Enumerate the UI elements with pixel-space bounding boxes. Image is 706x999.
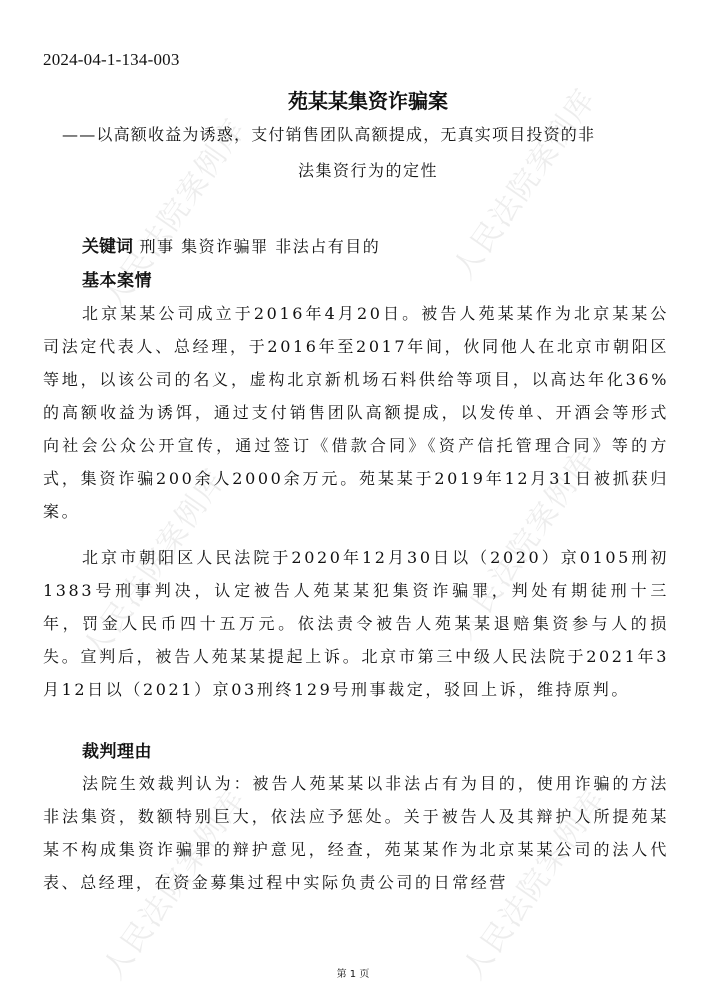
paragraph: 北京某某公司成立于2016年4月20日。被告人苑某某作为北京某某公司法定代表人、…: [43, 297, 669, 528]
keywords-label: 关键词: [82, 237, 133, 257]
section-heading-basic-facts: 基本案情: [82, 266, 152, 291]
keywords-value: 刑事 集资诈骗罪 非法占有目的: [133, 237, 380, 256]
document-subtitle-line2: 法集资行为的定性: [0, 158, 706, 181]
page-number: 第 1 页: [0, 965, 706, 980]
document-subtitle-line1: ——以高额收益为诱惑，支付销售团队高额提成，无真实项目投资的非: [62, 122, 595, 145]
document-page: 人民法院案例库 人民法院案例库 人民法院案例库 人民法院案例库 人民法院案例库 …: [0, 0, 706, 999]
keywords: 关键词 刑事 集资诈骗罪 非法占有目的: [82, 232, 380, 257]
section-heading-judgment-reasons: 裁判理由: [82, 737, 152, 762]
case-number: 2024-04-1-134-003: [43, 50, 180, 70]
paragraph: 北京市朝阳区人民法院于2020年12月30日以（2020）京0105刑初1383…: [43, 541, 669, 706]
paragraph: 法院生效裁判认为：被告人苑某某以非法占有为目的，使用诈骗的方法非法集资，数额特别…: [43, 767, 669, 899]
document-title: 苑某某集资诈骗案: [0, 85, 706, 114]
